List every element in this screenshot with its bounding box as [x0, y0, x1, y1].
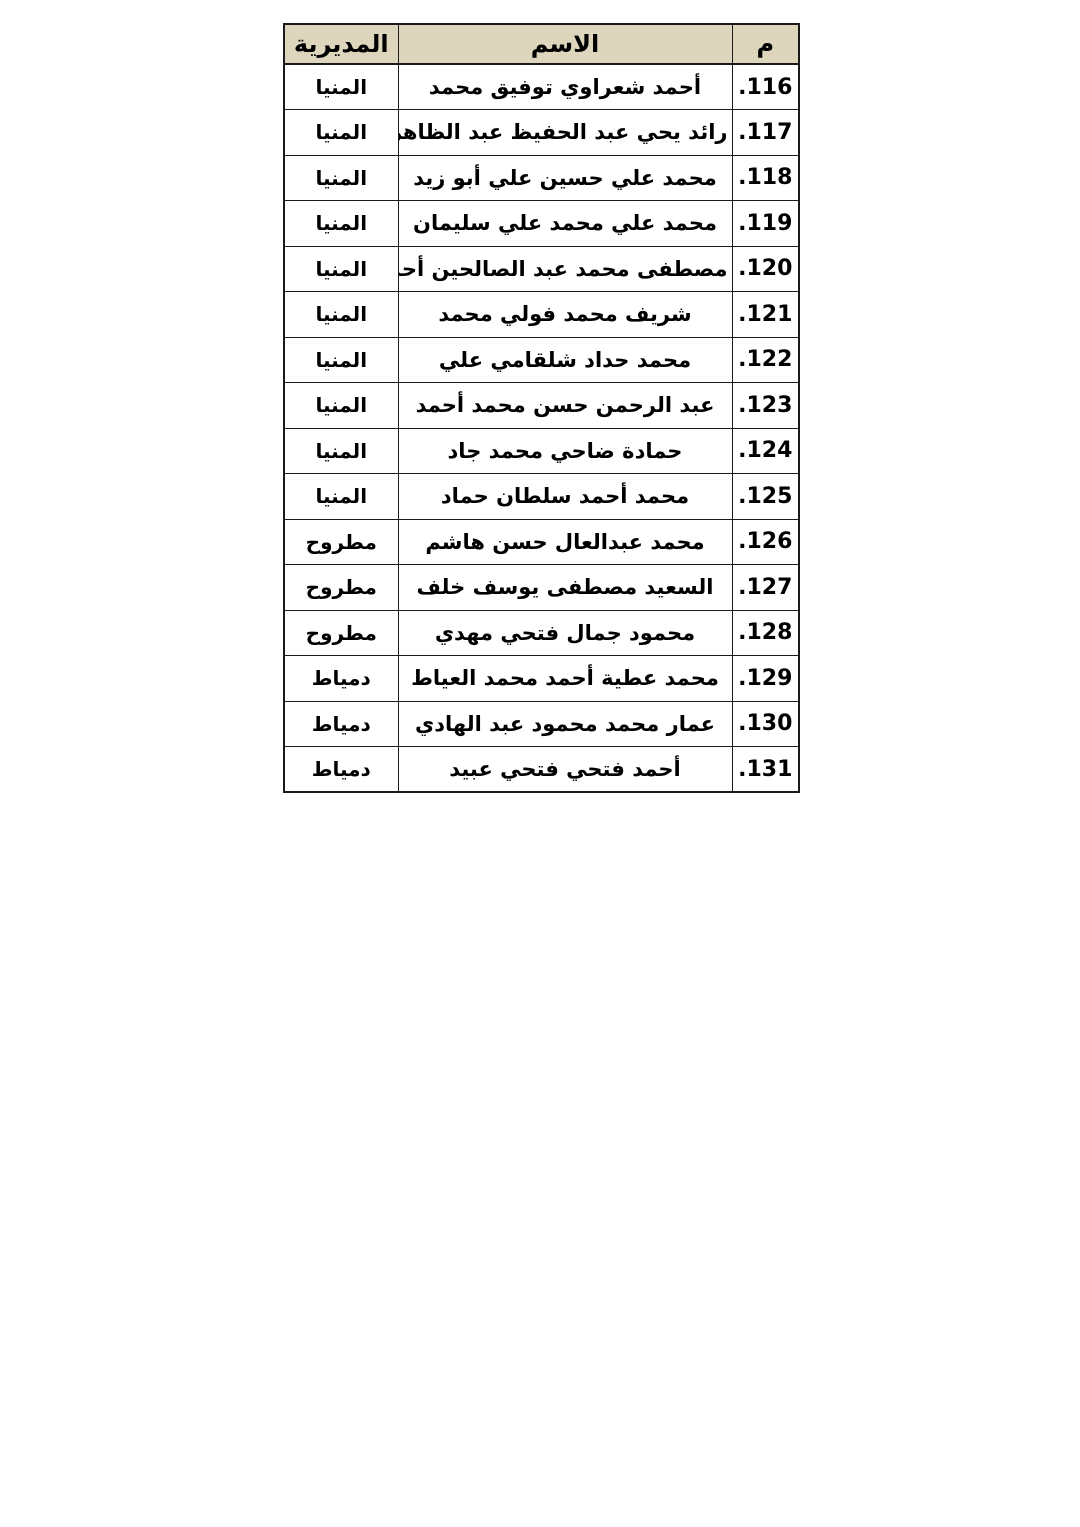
name-cell: السعيد مصطفى يوسف خلف: [398, 565, 732, 611]
table-row: 117.رائد يحي عبد الحفيظ عبد الظاهرالمنيا: [284, 110, 799, 156]
directorate-cell: دمياط: [284, 747, 398, 793]
table-header: م الاسم المديرية: [284, 24, 799, 64]
directorate-cell: المنيا: [284, 201, 398, 247]
name-cell: محمد علي حسين علي أبو زيد: [398, 155, 732, 201]
table-row: 119.محمد علي محمد علي سليمانالمنيا: [284, 201, 799, 247]
name-cell: محمد حداد شلقامي علي: [398, 337, 732, 383]
directorate-cell: مطروح: [284, 519, 398, 565]
number-cell: 121.: [732, 292, 799, 338]
table-row: 128.محمود جمال فتحي مهديمطروح: [284, 610, 799, 656]
number-cell: 125.: [732, 474, 799, 520]
header-name: الاسم: [398, 24, 732, 64]
number-cell: 126.: [732, 519, 799, 565]
name-cell: عبد الرحمن حسن محمد أحمد: [398, 383, 732, 429]
directorate-cell: المنيا: [284, 246, 398, 292]
number-cell: 124.: [732, 428, 799, 474]
name-cell: محمد عبدالعال حسن هاشم: [398, 519, 732, 565]
table-row: 120.مصطفى محمد عبد الصالحين أحمدالمنيا: [284, 246, 799, 292]
roster-table: م الاسم المديرية 116.أحمد شعراوي توفيق م…: [283, 23, 800, 793]
number-cell: 119.: [732, 201, 799, 247]
name-cell: محمد علي محمد علي سليمان: [398, 201, 732, 247]
table-row: 116.أحمد شعراوي توفيق محمدالمنيا: [284, 64, 799, 110]
name-cell: محمد عطية أحمد محمد العياط: [398, 656, 732, 702]
table-row: 125.محمد أحمد سلطان حمادالمنيا: [284, 474, 799, 520]
directorate-cell: المنيا: [284, 110, 398, 156]
directorate-cell: مطروح: [284, 610, 398, 656]
document-page: م الاسم المديرية 116.أحمد شعراوي توفيق م…: [0, 0, 1080, 1527]
directorate-cell: مطروح: [284, 565, 398, 611]
number-cell: 117.: [732, 110, 799, 156]
number-cell: 122.: [732, 337, 799, 383]
number-cell: 118.: [732, 155, 799, 201]
directorate-cell: المنيا: [284, 337, 398, 383]
directorate-cell: المنيا: [284, 155, 398, 201]
table-row: 124.حمادة ضاحي محمد جادالمنيا: [284, 428, 799, 474]
name-cell: محمود جمال فتحي مهدي: [398, 610, 732, 656]
header-directorate: المديرية: [284, 24, 398, 64]
table-row: 123.عبد الرحمن حسن محمد أحمدالمنيا: [284, 383, 799, 429]
directorate-cell: دمياط: [284, 656, 398, 702]
number-cell: 127.: [732, 565, 799, 611]
name-cell: حمادة ضاحي محمد جاد: [398, 428, 732, 474]
header-number: م: [732, 24, 799, 64]
number-cell: 129.: [732, 656, 799, 702]
number-cell: 130.: [732, 701, 799, 747]
table-row: 127.السعيد مصطفى يوسف خلفمطروح: [284, 565, 799, 611]
table-row: 122.محمد حداد شلقامي عليالمنيا: [284, 337, 799, 383]
number-cell: 120.: [732, 246, 799, 292]
table-row: 130.عمار محمد محمود عبد الهاديدمياط: [284, 701, 799, 747]
name-cell: شريف محمد فولي محمد: [398, 292, 732, 338]
directorate-cell: المنيا: [284, 383, 398, 429]
table-row: 126.محمد عبدالعال حسن هاشممطروح: [284, 519, 799, 565]
table-row: 121.شريف محمد فولي محمدالمنيا: [284, 292, 799, 338]
number-cell: 128.: [732, 610, 799, 656]
directorate-cell: المنيا: [284, 428, 398, 474]
name-cell: رائد يحي عبد الحفيظ عبد الظاهر: [398, 110, 732, 156]
directorate-cell: المنيا: [284, 474, 398, 520]
table-row: 129.محمد عطية أحمد محمد العياطدمياط: [284, 656, 799, 702]
name-cell: محمد أحمد سلطان حماد: [398, 474, 732, 520]
directorate-cell: المنيا: [284, 292, 398, 338]
name-cell: أحمد فتحي فتحي عبيد: [398, 747, 732, 793]
table-row: 118.محمد علي حسين علي أبو زيدالمنيا: [284, 155, 799, 201]
table-row: 131.أحمد فتحي فتحي عبيددمياط: [284, 747, 799, 793]
number-cell: 131.: [732, 747, 799, 793]
number-cell: 123.: [732, 383, 799, 429]
directorate-cell: دمياط: [284, 701, 398, 747]
number-cell: 116.: [732, 64, 799, 110]
name-cell: مصطفى محمد عبد الصالحين أحمد: [398, 246, 732, 292]
name-cell: أحمد شعراوي توفيق محمد: [398, 64, 732, 110]
name-cell: عمار محمد محمود عبد الهادي: [398, 701, 732, 747]
table-body: 116.أحمد شعراوي توفيق محمدالمنيا117.رائد…: [284, 64, 799, 792]
directorate-cell: المنيا: [284, 64, 398, 110]
header-row: م الاسم المديرية: [284, 24, 799, 64]
